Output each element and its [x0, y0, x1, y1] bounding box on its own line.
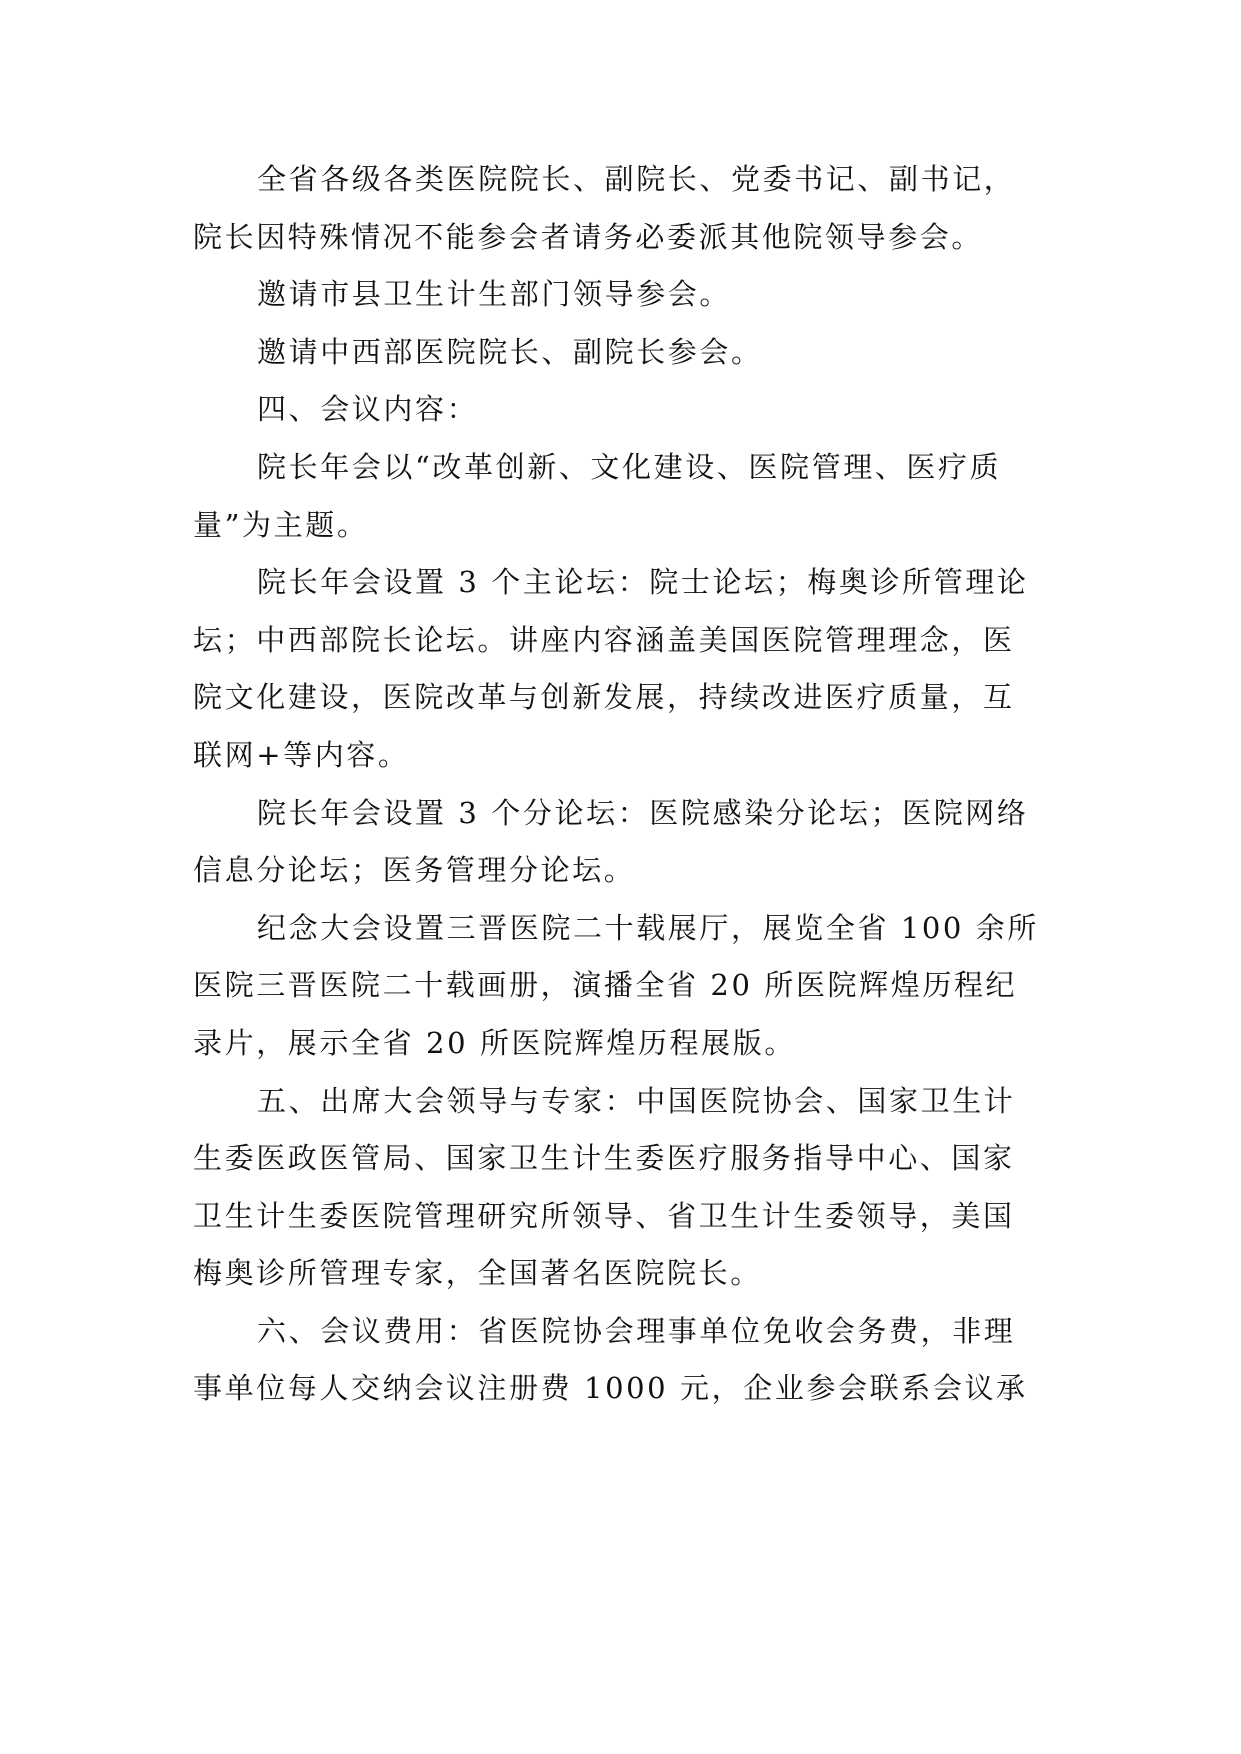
text-line: 全省各级各类医院院长、副院长、党委书记、副书记， — [193, 151, 1053, 209]
text-line: 信息分论坛；医务管理分论坛。 — [193, 842, 1053, 900]
text-line: 卫生计生委医院管理研究所领导、省卫生计生委领导，美国 — [193, 1188, 1053, 1246]
text-line: 院长年会以“改革创新、文化建设、医院管理、医疗质 — [193, 439, 1053, 497]
text-line: 医院三晋医院二十载画册，演播全省 20 所医院辉煌历程纪 — [193, 957, 1053, 1015]
text-line: 录片，展示全省 20 所医院辉煌历程展版。 — [193, 1015, 1053, 1073]
text-line: 邀请中西部医院院长、副院长参会。 — [193, 324, 1053, 382]
section-heading: 四、会议内容： — [193, 381, 1053, 439]
text-line: 量”为主题。 — [193, 497, 1053, 555]
text-line: 生委医政医管局、国家卫生计生委医疗服务指导中心、国家 — [193, 1130, 1053, 1188]
text-line: 院文化建设，医院改革与创新发展，持续改进医疗质量，互 — [193, 669, 1053, 727]
text-line: 梅奥诊所管理专家，全国著名医院院长。 — [193, 1245, 1053, 1303]
text-line: 邀请市县卫生计生部门领导参会。 — [193, 266, 1053, 324]
text-line: 联网+等内容。 — [193, 727, 1053, 785]
text-line: 纪念大会设置三晋医院二十载展厅，展览全省 100 余所 — [193, 900, 1053, 958]
text-line: 院长年会设置 3 个分论坛：医院感染分论坛；医院网络 — [193, 785, 1053, 843]
section-heading: 六、会议费用：省医院协会理事单位免收会务费，非理 — [193, 1303, 1053, 1361]
document-page: 全省各级各类医院院长、副院长、党委书记、副书记， 院长因特殊情况不能参会者请务必… — [193, 151, 1053, 1418]
text-line: 事单位每人交纳会议注册费 1000 元，企业参会联系会议承 — [193, 1360, 1053, 1418]
text-line: 院长因特殊情况不能参会者请务必委派其他院领导参会。 — [193, 209, 1053, 267]
section-heading: 五、出席大会领导与专家：中国医院协会、国家卫生计 — [193, 1073, 1053, 1131]
text-line: 院长年会设置 3 个主论坛：院士论坛；梅奥诊所管理论 — [193, 554, 1053, 612]
text-line: 坛；中西部院长论坛。讲座内容涵盖美国医院管理理念，医 — [193, 612, 1053, 670]
